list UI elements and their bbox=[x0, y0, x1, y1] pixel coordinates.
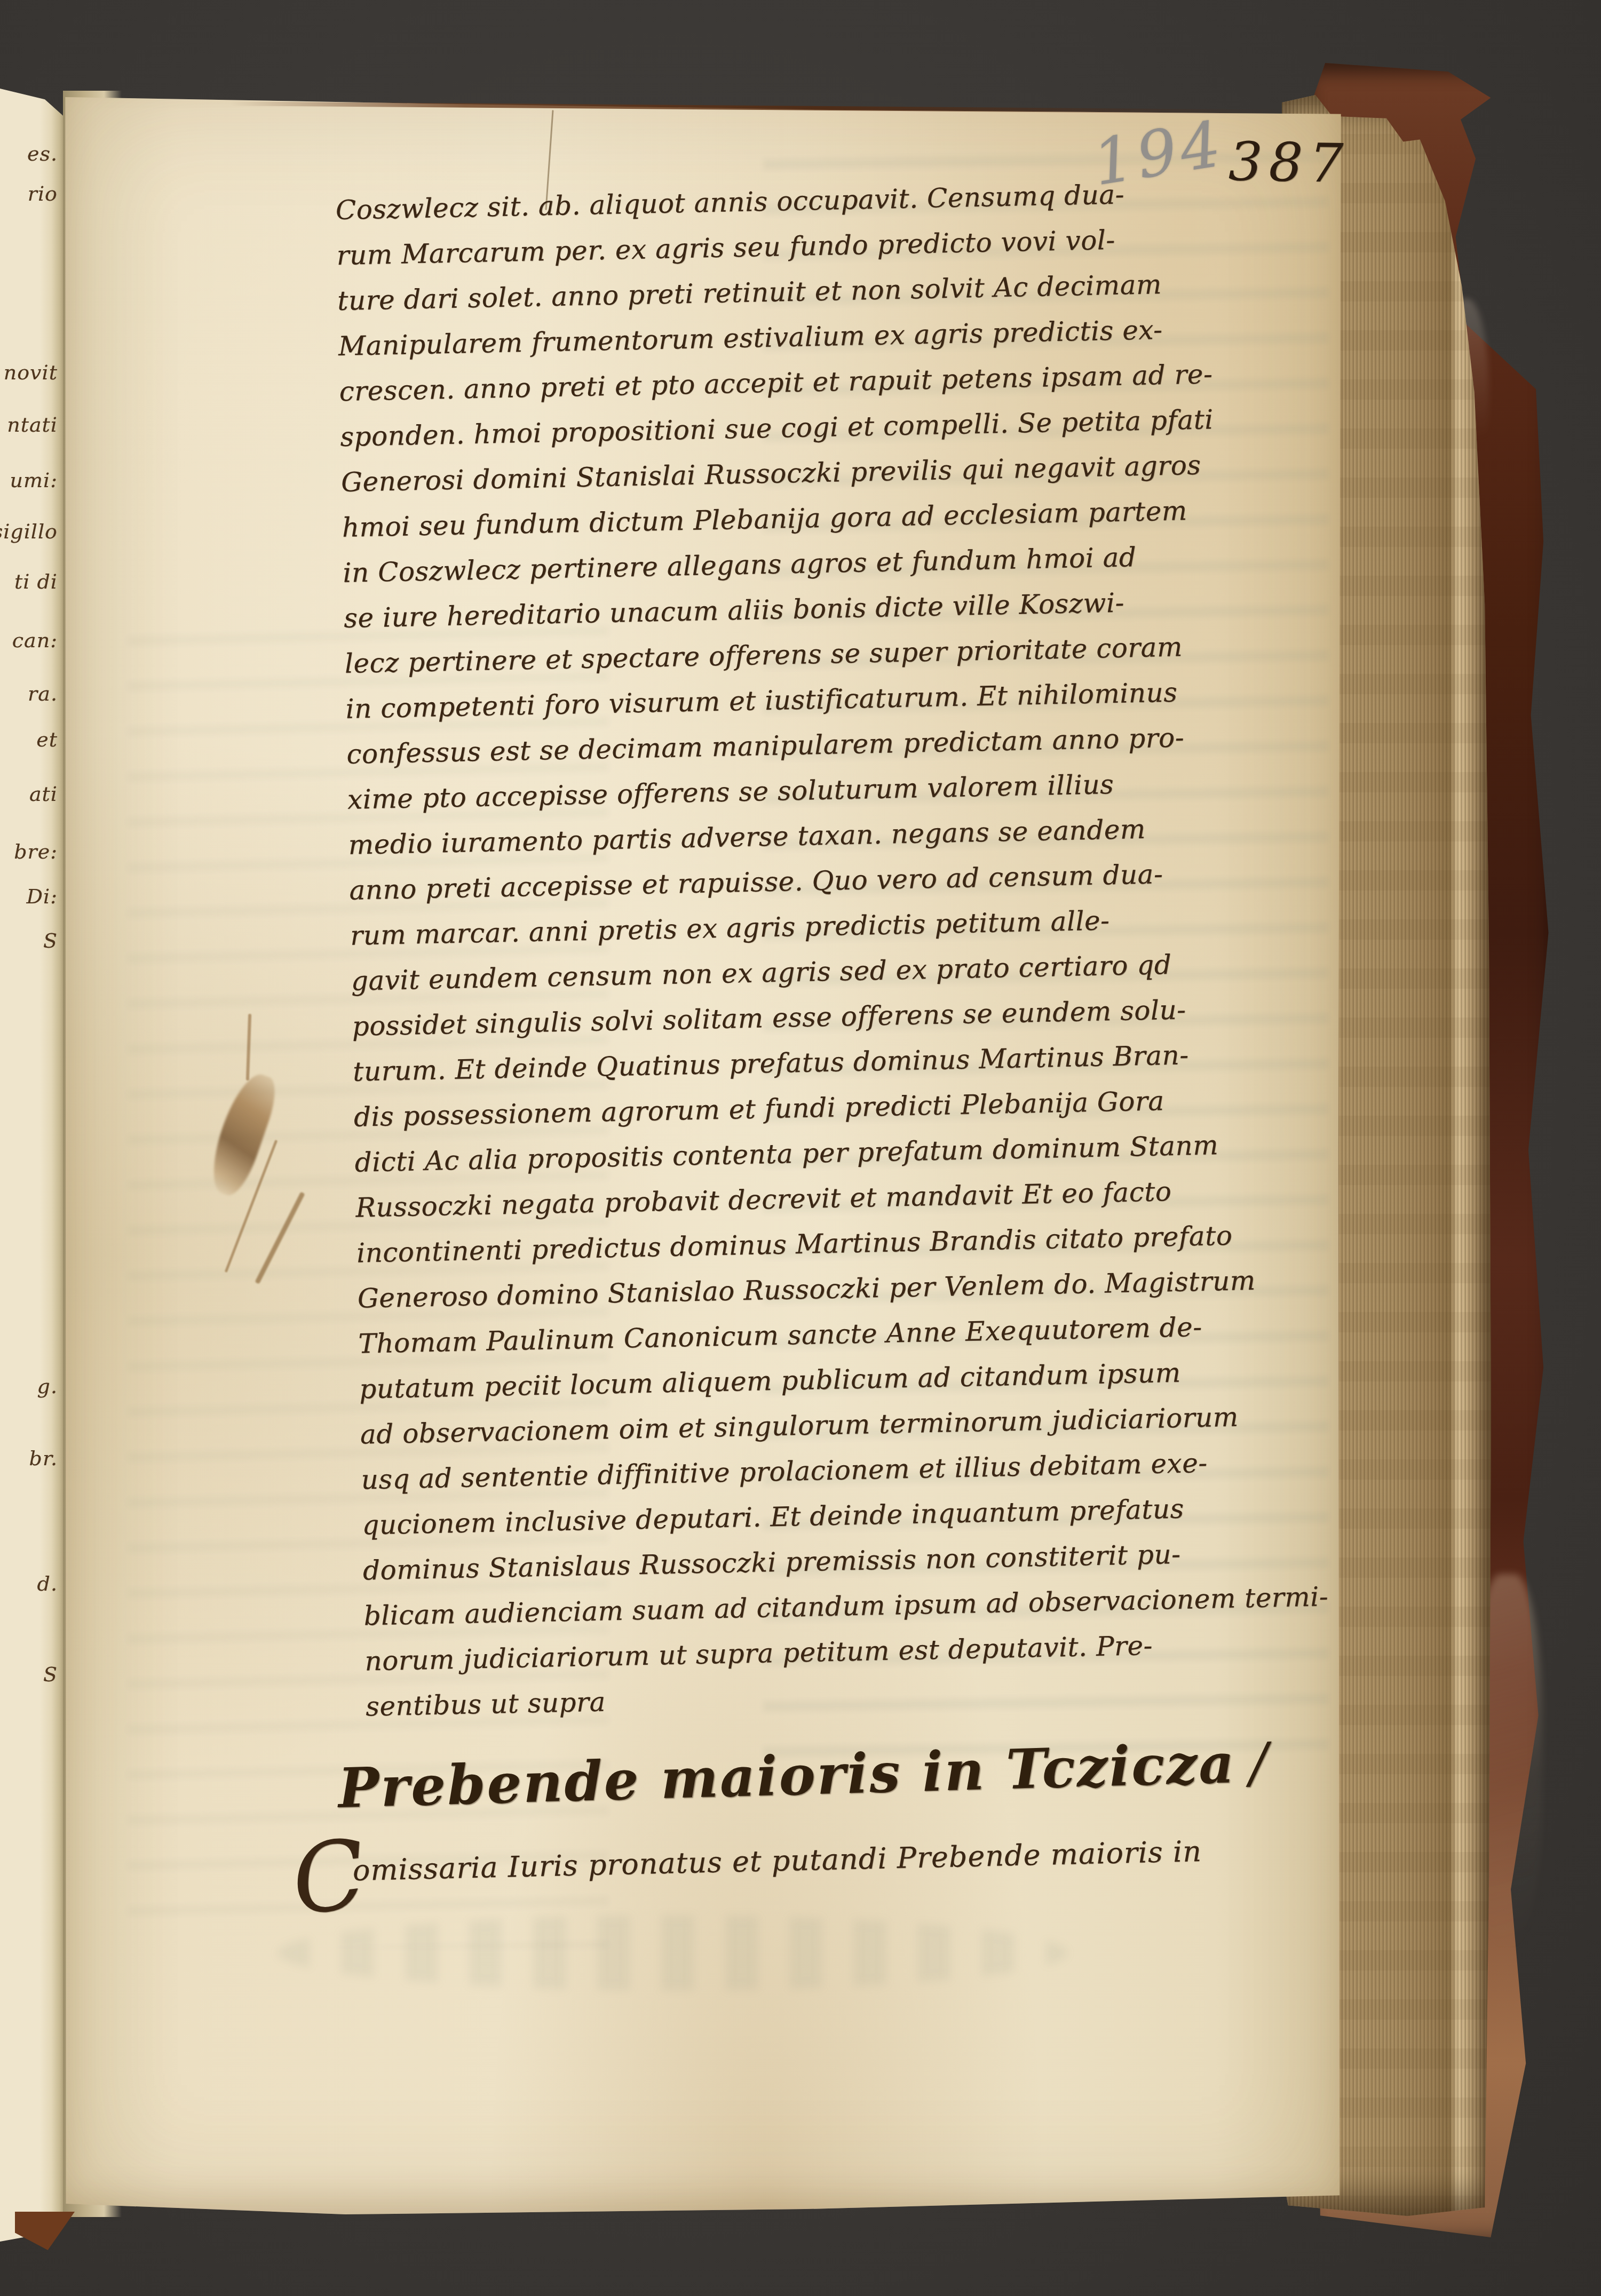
facing-page-text-fragment: umi: bbox=[10, 468, 58, 492]
facing-page-text-fragment: ntati bbox=[7, 413, 58, 436]
facing-page-text-fragment: Di: bbox=[27, 885, 58, 908]
facing-page-text-fragment: d. bbox=[37, 1572, 58, 1595]
manuscript-photo: es. rio novit ntati umi: sigillo ti di c… bbox=[0, 0, 1601, 2296]
facing-page-sliver: es. rio novit ntati umi: sigillo ti di c… bbox=[0, 89, 64, 2242]
facing-page-text-fragment: S bbox=[43, 1663, 58, 1686]
manuscript-body-text: Coszwlecz sit. ab. aliquot annis occupav… bbox=[335, 169, 1316, 1729]
facing-page-text-fragment: rio bbox=[28, 182, 58, 205]
heading-virgule: / bbox=[1249, 1731, 1271, 1795]
facing-page-text-fragment: et bbox=[36, 728, 58, 751]
facing-page-text-fragment: br. bbox=[29, 1447, 58, 1470]
facing-page-text-fragment: ti di bbox=[14, 570, 58, 593]
cover-corner-bottom-left bbox=[15, 2212, 75, 2250]
facing-page-text-fragment: novit bbox=[4, 361, 58, 384]
facing-page-text-fragment: ra. bbox=[28, 682, 58, 705]
facing-page-text-fragment: can: bbox=[12, 629, 58, 652]
bleed-through-ghost-heading bbox=[278, 1916, 1067, 1990]
facing-page-text-fragment: bre: bbox=[14, 840, 58, 863]
facing-page-text-fragment: S bbox=[43, 929, 58, 952]
facing-page-text-fragment: sigillo bbox=[0, 520, 58, 543]
facing-page-text-fragment: es. bbox=[27, 142, 58, 165]
facing-page-text-fragment: ati bbox=[29, 782, 58, 806]
facing-page-text-fragment: g. bbox=[37, 1375, 58, 1398]
